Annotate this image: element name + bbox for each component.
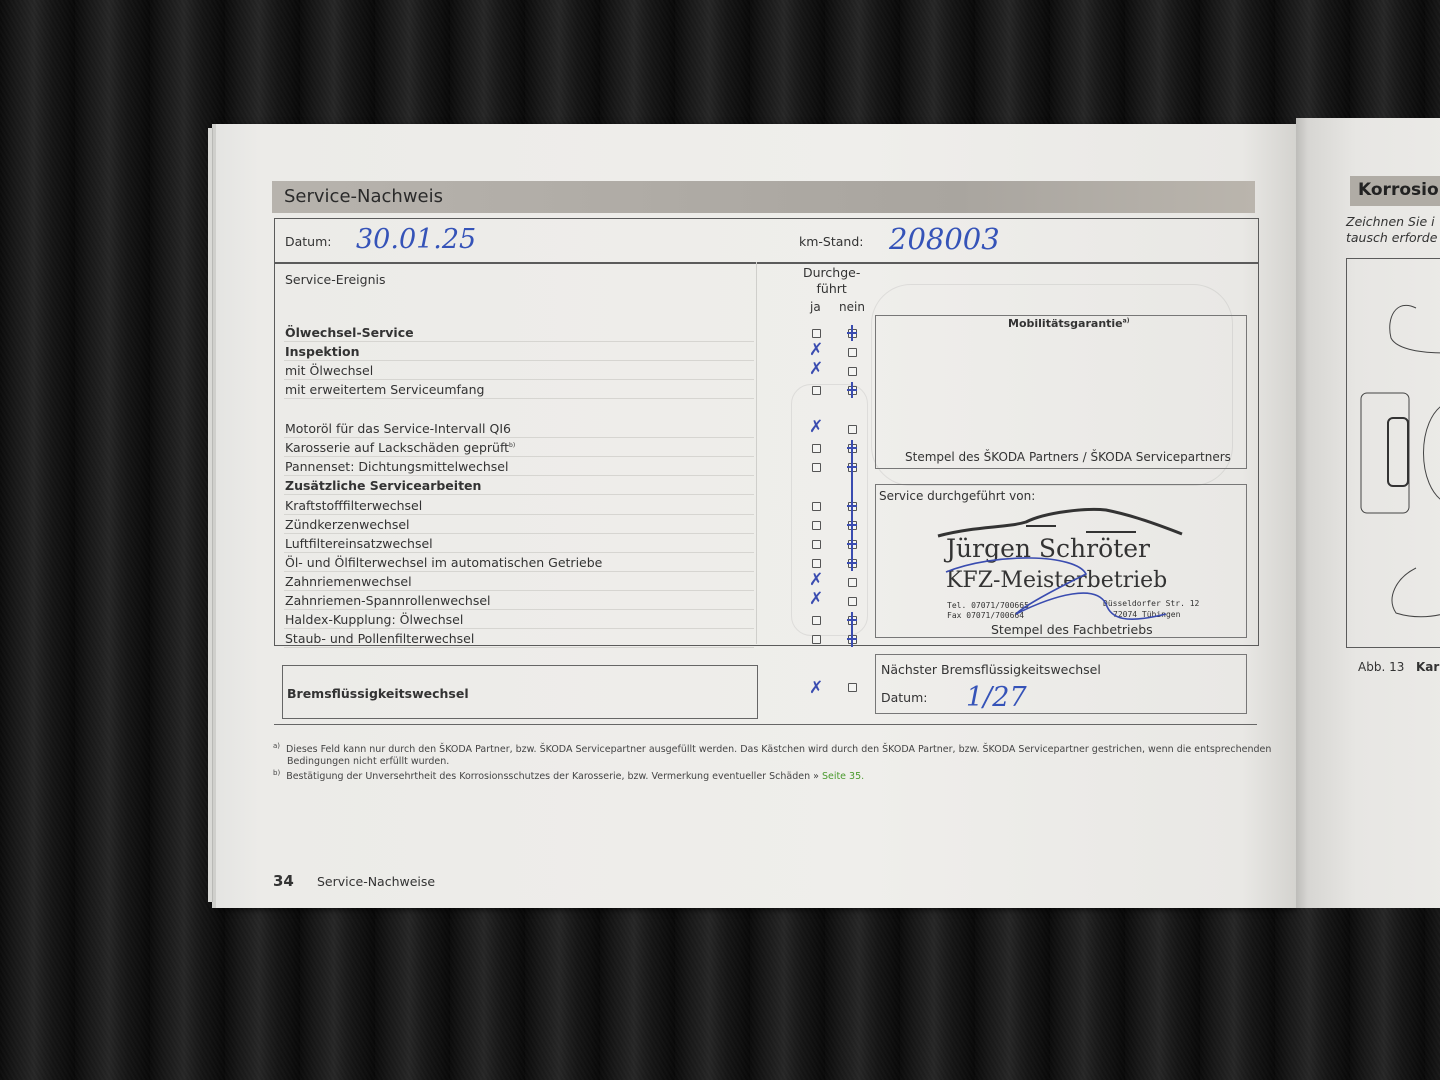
service-row-label: Haldex-Kupplung: Ölwechsel — [285, 612, 463, 627]
done-header: Durchge- führt — [803, 265, 860, 297]
service-row-label: Zündkerzenwechsel — [285, 517, 410, 532]
footnote-b: b)Bestätigung der Unversehrtheit des Kor… — [273, 769, 864, 782]
footnote-a: a)Dieses Feld kann nur durch den ŠKODA P… — [273, 742, 1271, 755]
row-rule — [284, 628, 754, 629]
running-footer: Service-Nachweise — [317, 874, 435, 889]
yes-checkbox[interactable] — [812, 635, 821, 644]
row-rule — [284, 514, 754, 515]
no-checkbox[interactable] — [848, 348, 857, 357]
event-header: Service-Ereignis — [285, 272, 385, 287]
row-rule — [284, 590, 754, 591]
no-checkbox[interactable] — [848, 597, 857, 606]
row-rule — [284, 437, 754, 438]
nein-strike-line — [851, 440, 853, 571]
mobility-stamp-caption: Stempel des ŠKODA Partners / ŠKODA Servi… — [905, 450, 1231, 464]
footnote-ref: a) — [1123, 317, 1130, 324]
no-checkbox[interactable] — [848, 578, 857, 587]
yes-checkbox[interactable] — [812, 559, 821, 568]
mobility-guarantee-title: Mobilitätsgarantiea) — [1008, 317, 1129, 330]
row-rule — [284, 341, 754, 342]
mobility-guarantee-title-text: Mobilitätsgarantie — [1008, 317, 1123, 330]
service-row-label: Inspektion — [285, 344, 359, 359]
yes-checkbox-checked[interactable]: ✗ — [809, 572, 823, 589]
footnote-b-text: Bestätigung der Unversehrtheit des Korro… — [286, 771, 822, 782]
service-row-label: Kraftstofffilterwechsel — [285, 498, 422, 513]
date-label: Datum: — [285, 234, 332, 249]
service-row-label: Luftfiltereinsatzwechsel — [285, 536, 433, 551]
figure-caption-text: Kar — [1416, 660, 1439, 674]
mobility-guarantee-box — [875, 315, 1247, 469]
page-35-link[interactable]: Seite 35. — [822, 771, 864, 782]
service-row-label: Staub- und Pollenfilterwechsel — [285, 631, 474, 646]
row-rule — [284, 571, 754, 572]
brake-fluid-no-checkbox[interactable] — [848, 683, 857, 692]
right-page-intro-2: tausch erforde — [1346, 230, 1437, 245]
service-row-label: mit Ölwechsel — [285, 363, 373, 378]
yes-checkbox[interactable] — [812, 444, 821, 453]
footnote-a-text: Dieses Feld kann nur durch den ŠKODA Par… — [286, 744, 1271, 755]
row-rule — [284, 456, 754, 457]
km-label: km-Stand: — [799, 234, 864, 249]
row-rule — [284, 647, 754, 648]
service-row-label: Ölwechsel-Service — [285, 325, 414, 340]
service-row-label: Motoröl für das Service-Intervall QI6 — [285, 421, 511, 436]
figure-caption-number: Abb. 13 — [1358, 660, 1404, 674]
booklet-page-right: Korrosio Zeichnen Sie i tausch erforde A… — [1296, 118, 1440, 908]
brake-fluid-label: Bremsflüssigkeitswechsel — [287, 686, 469, 701]
footnote-b-mark: b) — [273, 769, 280, 777]
no-checkbox[interactable] — [848, 425, 857, 434]
right-page-heading: Korrosio — [1358, 180, 1439, 200]
service-row-label: Zahnriemenwechsel — [285, 574, 412, 589]
yes-checkbox-checked[interactable]: ✗ — [809, 361, 823, 378]
booklet-page-left: Service-Nachweis Datum: 30.01.25 km-Stan… — [216, 124, 1296, 908]
table-bottom-rule — [274, 724, 1257, 725]
row-rule — [284, 609, 754, 610]
nein-strike-line — [851, 612, 853, 647]
row-rule — [284, 379, 754, 380]
right-heading-bar: Korrosio — [1350, 176, 1440, 206]
yes-checkbox-checked[interactable]: ✗ — [809, 591, 823, 608]
yes-checkbox[interactable] — [812, 540, 821, 549]
service-performed-title: Service durchgeführt von: — [879, 489, 1035, 503]
date-value[interactable]: 30.01.25 — [356, 224, 476, 255]
footnote-a-cont: Bedingungen nicht erfüllt wurden. — [287, 756, 449, 767]
column-divider — [756, 262, 757, 644]
next-brake-fluid-label: Nächster Bremsflüssigkeitswechsel — [881, 662, 1101, 677]
row-rule — [284, 552, 754, 553]
service-row-label: Pannenset: Dichtungsmittelwechsel — [285, 459, 508, 474]
signature — [936, 544, 1186, 634]
yes-checkbox[interactable] — [812, 502, 821, 511]
service-row-label: Karosserie auf Lackschäden geprüftb) — [285, 440, 515, 455]
no-checkbox[interactable] — [848, 367, 857, 376]
yes-checkbox[interactable] — [812, 463, 821, 472]
no-header: nein — [839, 300, 865, 314]
section-label: Zusätzliche Servicearbeiten — [285, 478, 481, 493]
next-brake-fluid-date-label: Datum: — [881, 690, 928, 705]
km-value[interactable]: 208003 — [889, 222, 1000, 256]
page-number: 34 — [273, 872, 294, 890]
yes-checkbox[interactable] — [812, 521, 821, 530]
row-rule — [284, 533, 754, 534]
page-title: Service-Nachweis — [284, 186, 443, 207]
yes-header: ja — [810, 300, 821, 314]
section-heading-bar: Service-Nachweis — [272, 181, 1255, 213]
nein-strike-line — [851, 325, 853, 341]
service-row-label: Zahnriemen-Spannrollenwechsel — [285, 593, 491, 608]
brake-fluid-yes-check[interactable]: ✗ — [809, 680, 823, 697]
page-stack-edge — [208, 128, 213, 902]
service-row-label: mit erweitertem Serviceumfang — [285, 382, 484, 397]
row-rule — [284, 360, 754, 361]
yes-checkbox-checked[interactable]: ✗ — [809, 419, 823, 436]
footnote-a-mark: a) — [273, 742, 280, 750]
row-rule — [284, 475, 754, 476]
yes-checkbox[interactable] — [812, 386, 821, 395]
car-diagram-icon — [1356, 288, 1440, 618]
yes-checkbox[interactable] — [812, 616, 821, 625]
service-stamp-caption: Stempel des Fachbetriebs — [991, 622, 1153, 637]
service-row-label: Öl- und Ölfilterwechsel im automatischen… — [285, 555, 602, 570]
right-page-intro-1: Zeichnen Sie i — [1346, 214, 1435, 229]
footnote-ref: b) — [509, 442, 515, 449]
yes-checkbox[interactable] — [812, 329, 821, 338]
row-rule — [284, 398, 754, 399]
nein-strike-line — [851, 382, 853, 398]
yes-checkbox-checked[interactable]: ✗ — [809, 342, 823, 359]
next-brake-fluid-date-value[interactable]: 1/27 — [966, 682, 1027, 713]
row-rule — [284, 494, 754, 495]
